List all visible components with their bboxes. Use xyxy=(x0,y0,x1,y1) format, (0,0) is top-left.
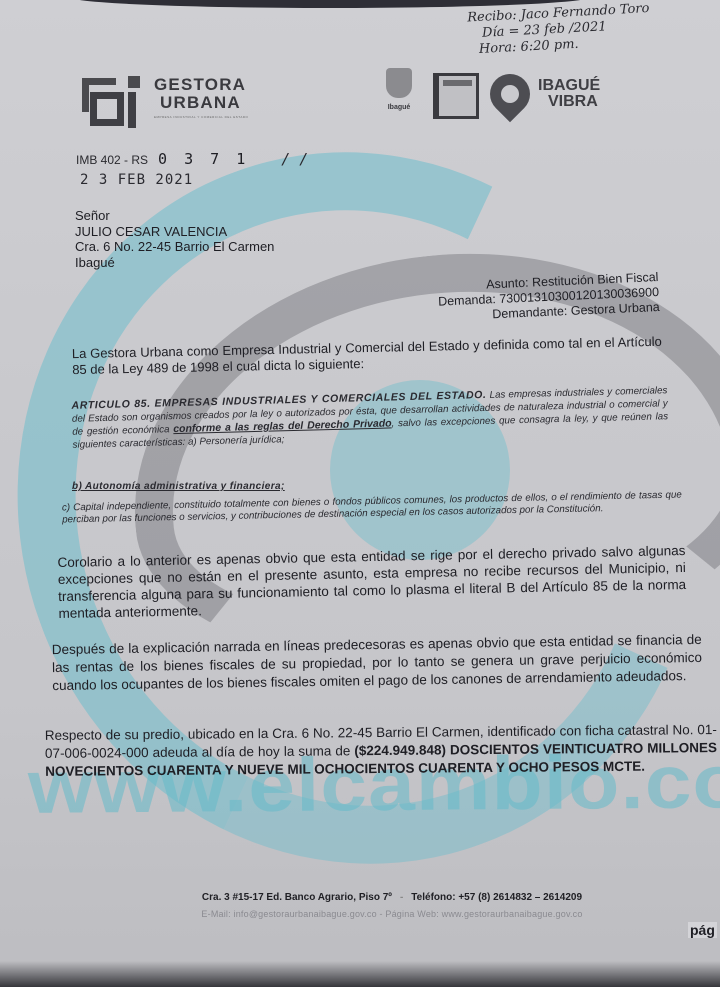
addressee-block: Señor JULIO CESAR VALENCIA Cra. 6 No. 22… xyxy=(75,208,274,270)
ibague-vibra-logo: IBAGUÉ VIBRA xyxy=(490,74,600,114)
coat-of-arms-label: Ibagué xyxy=(382,104,416,111)
asunto-label: Asunto: xyxy=(486,276,529,292)
letter-footer: Cra. 3 #15-17 Ed. Banco Agrario, Piso 7º… xyxy=(112,892,672,919)
location-pin-icon xyxy=(482,66,539,123)
shield-icon xyxy=(386,68,412,98)
gestora-logo-tagline: EMPRESA INDUSTRIAL Y COMERCIAL DEL ESTAD… xyxy=(154,115,254,119)
addressee-city: Ibagué xyxy=(75,255,274,271)
filing-stamp-date: 2 3 FEB 2021 xyxy=(80,172,308,188)
gestora-logo-line1: GESTORA xyxy=(154,76,254,94)
footer-address: Cra. 3 #15-17 Ed. Banco Agrario, Piso 7º xyxy=(202,892,392,903)
ibague-coat-of-arms-logo: Ibagué xyxy=(382,68,416,118)
demandante-label: Demandante: xyxy=(492,304,568,321)
addressee-address: Cra. 6 No. 22-45 Barrio El Carmen xyxy=(75,239,274,255)
document-page: www.elcambio.com Recibo: Jaco Fernando T… xyxy=(0,0,720,987)
book-logo-icon xyxy=(433,73,479,119)
subject-block: Asunto: Restitución Bien Fiscal Demanda:… xyxy=(437,270,660,325)
gestora-urbana-logo: GESTORA URBANA EMPRESA INDUSTRIAL Y COME… xyxy=(82,74,254,130)
photo-shadow-top xyxy=(70,0,590,8)
footer-separator: - xyxy=(400,892,403,903)
photo-shadow-bottom xyxy=(0,961,720,987)
paragraph-corolario: Corolario a lo anterior es apenas obvio … xyxy=(57,542,686,622)
reference-code: IMB 402 - RS xyxy=(76,153,148,167)
vibra-logo-line1: IBAGUÉ xyxy=(538,78,600,94)
addressee-salutation: Señor xyxy=(75,208,274,224)
paragraph-despues: Después de la explicación narrada en lín… xyxy=(52,631,703,695)
addressee-name: JULIO CESAR VALENCIA xyxy=(75,224,274,240)
gestora-logo-line2: URBANA xyxy=(160,94,254,112)
demanda-label: Demanda: xyxy=(438,292,496,309)
demandante-value: Gestora Urbana xyxy=(570,300,659,318)
article-literal-b: b) Autonomía administrativa y financiera… xyxy=(72,481,285,492)
gestora-logo-mark-icon xyxy=(82,74,142,130)
reference-block: IMB 402 - RS 0 3 7 1 / / 2 3 FEB 2021 xyxy=(76,150,308,188)
footer-phone: Teléfono: +57 (8) 2614832 – 2614209 xyxy=(411,892,582,903)
footer-email-web: E-Mail: info@gestoraurbanaibague.gov.co … xyxy=(112,909,672,919)
paragraph-debt: Respecto de su predio, ubicado en la Cra… xyxy=(45,721,717,781)
filing-stamp-number: 0 3 7 1 xyxy=(158,150,249,168)
page-label: pág xyxy=(688,922,717,938)
handwritten-receipt-note: Recibo: Jaco Fernando Toro Día = 23 feb … xyxy=(467,0,719,59)
filing-stamp-slashes: / / xyxy=(281,150,308,168)
vibra-logo-line2: VIBRA xyxy=(548,94,600,110)
